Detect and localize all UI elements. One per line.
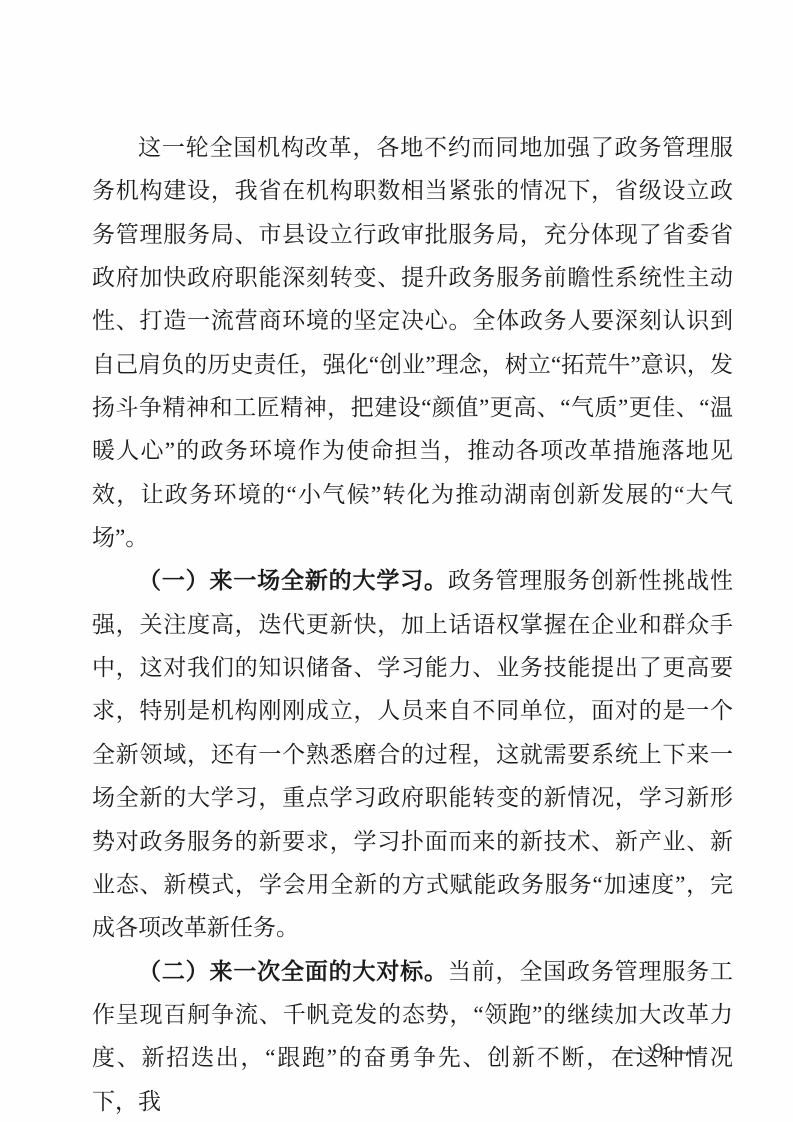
page-number: — 9 — xyxy=(619,1038,700,1064)
paragraph-text: 这一轮全国机构改革，各地不约而同地加强了政务管理服务机构建设，我省在机构职数相当… xyxy=(92,135,733,550)
paragraph-text: 政务管理服务创新性挑战性强，关注度高，迭代更新快，加上话语权掌握在企业和群众手中… xyxy=(92,568,733,940)
paragraph-lead: （二）来一次全面的大对标。 xyxy=(138,959,448,984)
paragraph-item-1: （一）来一场全新的大学习。政务管理服务创新性挑战性强，关注度高，迭代更新快，加上… xyxy=(92,559,733,949)
document-body: 这一轮全国机构改革，各地不约而同地加强了政务管理服务机构建设，我省在机构职数相当… xyxy=(92,126,733,1122)
paragraph-item-2: （二）来一次全面的大对标。当前，全国政务管理服务工作呈现百舸争流、千帆竞发的态势… xyxy=(92,950,733,1122)
paragraph-lead: （一）来一场全新的大学习。 xyxy=(138,568,448,593)
paragraph-intro: 这一轮全国机构改革，各地不约而同地加强了政务管理服务机构建设，我省在机构职数相当… xyxy=(92,126,733,559)
document-page: 这一轮全国机构改革，各地不约而同地加强了政务管理服务机构建设，我省在机构职数相当… xyxy=(0,0,793,1122)
